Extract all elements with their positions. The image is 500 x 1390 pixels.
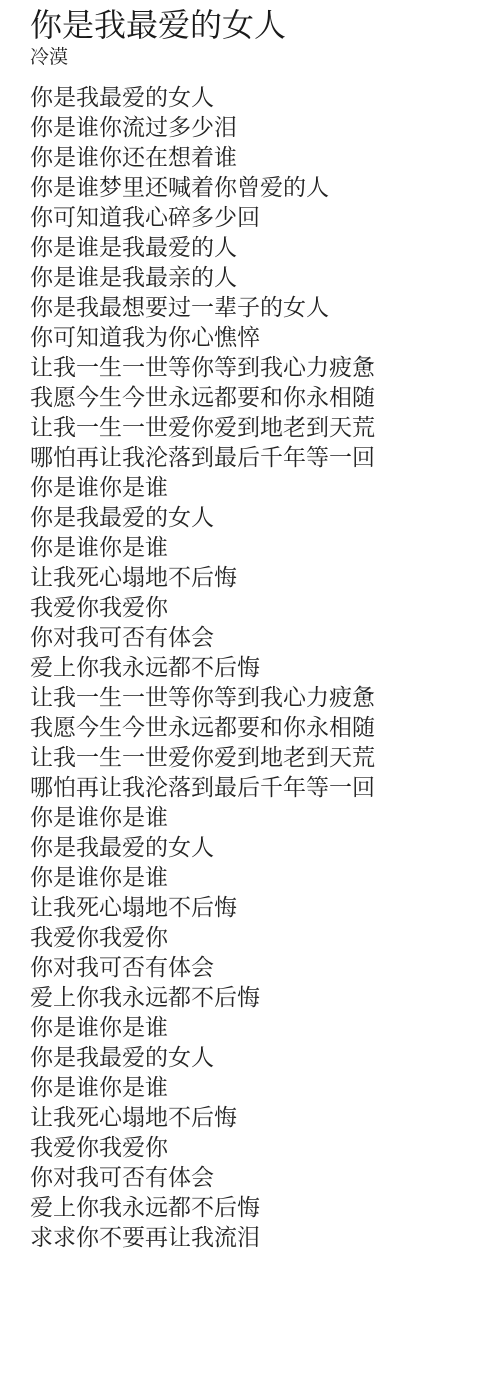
lyric-line: 我愿今生今世永远都要和你永相随 bbox=[30, 382, 480, 412]
lyric-line: 你是我最想要过一辈子的女人 bbox=[30, 292, 480, 322]
lyric-line: 你是谁你流过多少泪 bbox=[30, 112, 480, 142]
lyric-line: 让我死心塌地不后悔 bbox=[30, 562, 480, 592]
lyric-line: 你可知道我心碎多少回 bbox=[30, 202, 480, 232]
lyric-line: 你是谁你还在想着谁 bbox=[30, 142, 480, 172]
lyric-line: 让我死心塌地不后悔 bbox=[30, 1102, 480, 1132]
artist-name: 冷漠 bbox=[30, 46, 480, 70]
lyric-line: 你是谁梦里还喊着你曾爱的人 bbox=[30, 172, 480, 202]
lyric-line: 你可知道我为你心憔悴 bbox=[30, 322, 480, 352]
lyric-line: 你是谁是我最亲的人 bbox=[30, 262, 480, 292]
lyric-line: 你是谁你是谁 bbox=[30, 862, 480, 892]
lyrics-page: 你是我最爱的女人 冷漠 你是我最爱的女人你是谁你流过多少泪你是谁你还在想着谁你是… bbox=[0, 0, 500, 1252]
lyric-line: 爱上你我永远都不后悔 bbox=[30, 982, 480, 1012]
lyric-line: 爱上你我永远都不后悔 bbox=[30, 1192, 480, 1222]
lyric-line: 你是我最爱的女人 bbox=[30, 82, 480, 112]
lyric-line: 让我一生一世等你等到我心力疲惫 bbox=[30, 352, 480, 382]
song-title: 你是我最爱的女人 bbox=[30, 4, 480, 46]
lyric-line: 哪怕再让我沦落到最后千年等一回 bbox=[30, 772, 480, 802]
lyric-line: 你是谁你是谁 bbox=[30, 802, 480, 832]
lyric-line: 让我一生一世爱你爱到地老到天荒 bbox=[30, 742, 480, 772]
lyric-line: 让我死心塌地不后悔 bbox=[30, 892, 480, 922]
lyric-line: 求求你不要再让我流泪 bbox=[30, 1222, 480, 1252]
lyric-line: 你是我最爱的女人 bbox=[30, 502, 480, 532]
lyric-line: 我爱你我爱你 bbox=[30, 1132, 480, 1162]
lyric-line: 你是谁你是谁 bbox=[30, 1012, 480, 1042]
lyric-line: 你对我可否有体会 bbox=[30, 952, 480, 982]
lyric-line: 让我一生一世爱你爱到地老到天荒 bbox=[30, 412, 480, 442]
lyric-line: 你对我可否有体会 bbox=[30, 622, 480, 652]
lyric-line: 让我一生一世等你等到我心力疲惫 bbox=[30, 682, 480, 712]
lyric-line: 你是谁是我最爱的人 bbox=[30, 232, 480, 262]
lyric-line: 你是我最爱的女人 bbox=[30, 1042, 480, 1072]
lyric-line: 我愿今生今世永远都要和你永相随 bbox=[30, 712, 480, 742]
lyric-line: 我爱你我爱你 bbox=[30, 592, 480, 622]
lyrics-list: 你是我最爱的女人你是谁你流过多少泪你是谁你还在想着谁你是谁梦里还喊着你曾爱的人你… bbox=[30, 82, 480, 1252]
lyric-line: 你是我最爱的女人 bbox=[30, 832, 480, 862]
lyric-line: 我爱你我爱你 bbox=[30, 922, 480, 952]
lyric-line: 你是谁你是谁 bbox=[30, 1072, 480, 1102]
lyric-line: 你对我可否有体会 bbox=[30, 1162, 480, 1192]
lyric-line: 爱上你我永远都不后悔 bbox=[30, 652, 480, 682]
lyric-line: 你是谁你是谁 bbox=[30, 532, 480, 562]
lyric-line: 你是谁你是谁 bbox=[30, 472, 480, 502]
lyric-line: 哪怕再让我沦落到最后千年等一回 bbox=[30, 442, 480, 472]
